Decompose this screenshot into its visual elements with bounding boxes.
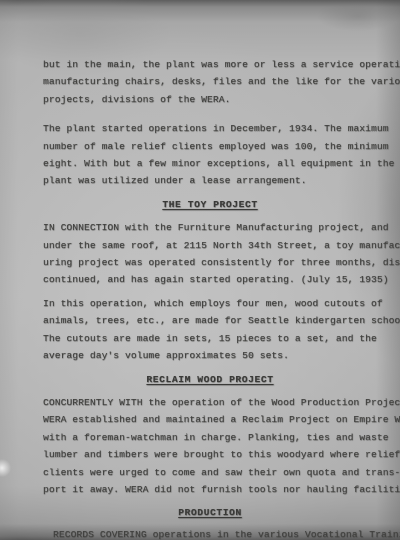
text-line: animals, trees, etc., are made for Seatt… (43, 312, 377, 329)
text-line: WERA established and maintained a Reclai… (43, 411, 377, 428)
text-line: RECORDS COVERING operations in the vario… (43, 526, 377, 540)
text-line: plant was utilized under a lease arrange… (43, 172, 377, 189)
text-line: lumber and timbers were brought to this … (43, 446, 377, 463)
paragraph-toy-project-output: In this operation, which employs four me… (43, 295, 377, 365)
paragraph-plant-service: but in the main, the plant was more or l… (43, 56, 377, 108)
text-line: clients were urged to come and saw their… (43, 464, 377, 481)
text-line: number of male relief clients employed w… (43, 138, 377, 155)
text-line: under the same roof, at 2115 North 34th … (43, 237, 377, 254)
text-line: CONCURRENTLY WITH the operation of the W… (43, 394, 377, 411)
paragraph-reclaim-wood: CONCURRENTLY WITH the operation of the W… (43, 394, 377, 498)
text-line: average day's volume approximates 50 set… (43, 347, 377, 364)
paragraph-production-records: RECORDS COVERING operations in the vario… (43, 526, 377, 540)
text-line: In this operation, which employs four me… (43, 295, 377, 312)
text-line: port it away. WERA did not furnish tools… (43, 481, 377, 498)
text-line: IN CONNECTION with the Furniture Manufac… (43, 219, 377, 236)
typewritten-text: but in the main, the plant was more or l… (43, 56, 377, 540)
text-line: with a foreman-watchman in charge. Plank… (43, 429, 377, 446)
text-line: but in the main, the plant was more or l… (43, 56, 377, 73)
text-line: The plant started operations in December… (43, 120, 377, 137)
paragraph-plant-operations: The plant started operations in December… (43, 120, 377, 190)
text-line: continued, and has again started operati… (43, 271, 377, 288)
text-line: The cutouts are made in sets, 15 pieces … (43, 330, 377, 347)
section-heading-reclaim-wood-project: RECLAIM WOOD PROJECT (43, 371, 377, 388)
text-line: uring project was operated consistently … (43, 254, 377, 271)
paragraph-toy-project-intro: IN CONNECTION with the Furniture Manufac… (43, 219, 377, 289)
text-line: manufacturing chairs, desks, files and t… (43, 73, 377, 90)
scanned-document-page: but in the main, the plant was more or l… (0, 0, 400, 540)
section-heading-production: PRODUCTION (43, 504, 377, 521)
section-heading-toy-project: THE TOY PROJECT (43, 196, 377, 213)
text-line: eight. With but a few minor exceptions, … (43, 155, 377, 172)
text-line: projects, divisions of the WERA. (43, 91, 377, 108)
